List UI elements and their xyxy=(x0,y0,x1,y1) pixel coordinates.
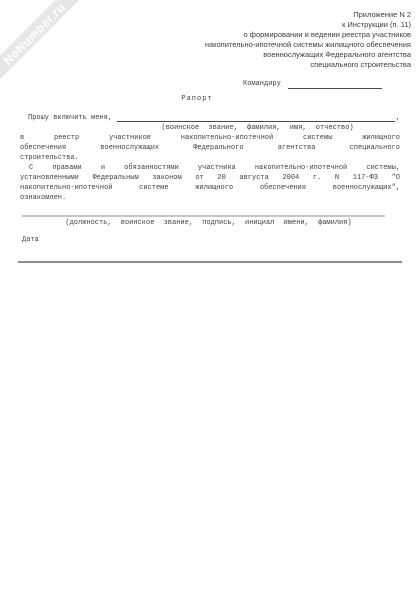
request-intro: Прошу включить меня, xyxy=(28,113,112,123)
body-text-line: обеспечения военнослужащих Федерального … xyxy=(20,143,400,153)
request-trailing-comma: , xyxy=(396,113,400,123)
header-line-construction: специального строительства xyxy=(205,60,411,70)
bottom-divider-rule xyxy=(18,261,402,263)
report-body: Прошу включить меня, , (воинское звание,… xyxy=(20,113,400,203)
watermark-band: NoNumber.ru xyxy=(0,0,94,93)
document-page: NoNumber.ru Приложение N 2 к Инструкции … xyxy=(0,0,420,600)
request-line: Прошу включить меня, , xyxy=(20,113,400,123)
header-line-system: накопительно-ипотечной системы жилищного… xyxy=(205,40,411,50)
body-text-line: накопительно-ипотечной системе жилищного… xyxy=(20,183,400,193)
fio-blank-line xyxy=(117,114,395,122)
fio-caption: (воинское звание, фамилия, имя, отчество… xyxy=(115,123,400,133)
addressee-blank-line xyxy=(288,81,382,89)
body-text-line: строительства. xyxy=(20,153,400,163)
header-line-instruction: к Инструкции (п. 11) xyxy=(205,20,411,30)
header-line-agency: военнослужащих Федерального агентства xyxy=(205,50,411,60)
document-title: Рапорт xyxy=(20,94,400,104)
header-line-appendix: Приложение N 2 xyxy=(205,10,411,20)
watermark-text: NoNumber.ru xyxy=(0,0,68,67)
addressee-label: Командиру xyxy=(243,79,281,89)
body-text-line: ознакомлен. xyxy=(20,193,400,203)
signature-line xyxy=(22,215,385,217)
body-text-line: С правами и обязанностями участника нако… xyxy=(20,163,400,173)
appendix-header: Приложение N 2 к Инструкции (п. 11) о фо… xyxy=(205,10,411,70)
addressee-row: Командиру xyxy=(243,79,382,89)
body-text-line: установленными Федеральным законом от 20… xyxy=(20,173,400,183)
header-line-register: о формировании и ведении реестра участни… xyxy=(205,30,411,40)
body-text-line: в реестр участников накопительно-ипотечн… xyxy=(20,133,400,143)
signature-caption: (должность, воинское звание, подпись, ин… xyxy=(22,218,385,228)
date-label: Дата xyxy=(22,235,39,245)
